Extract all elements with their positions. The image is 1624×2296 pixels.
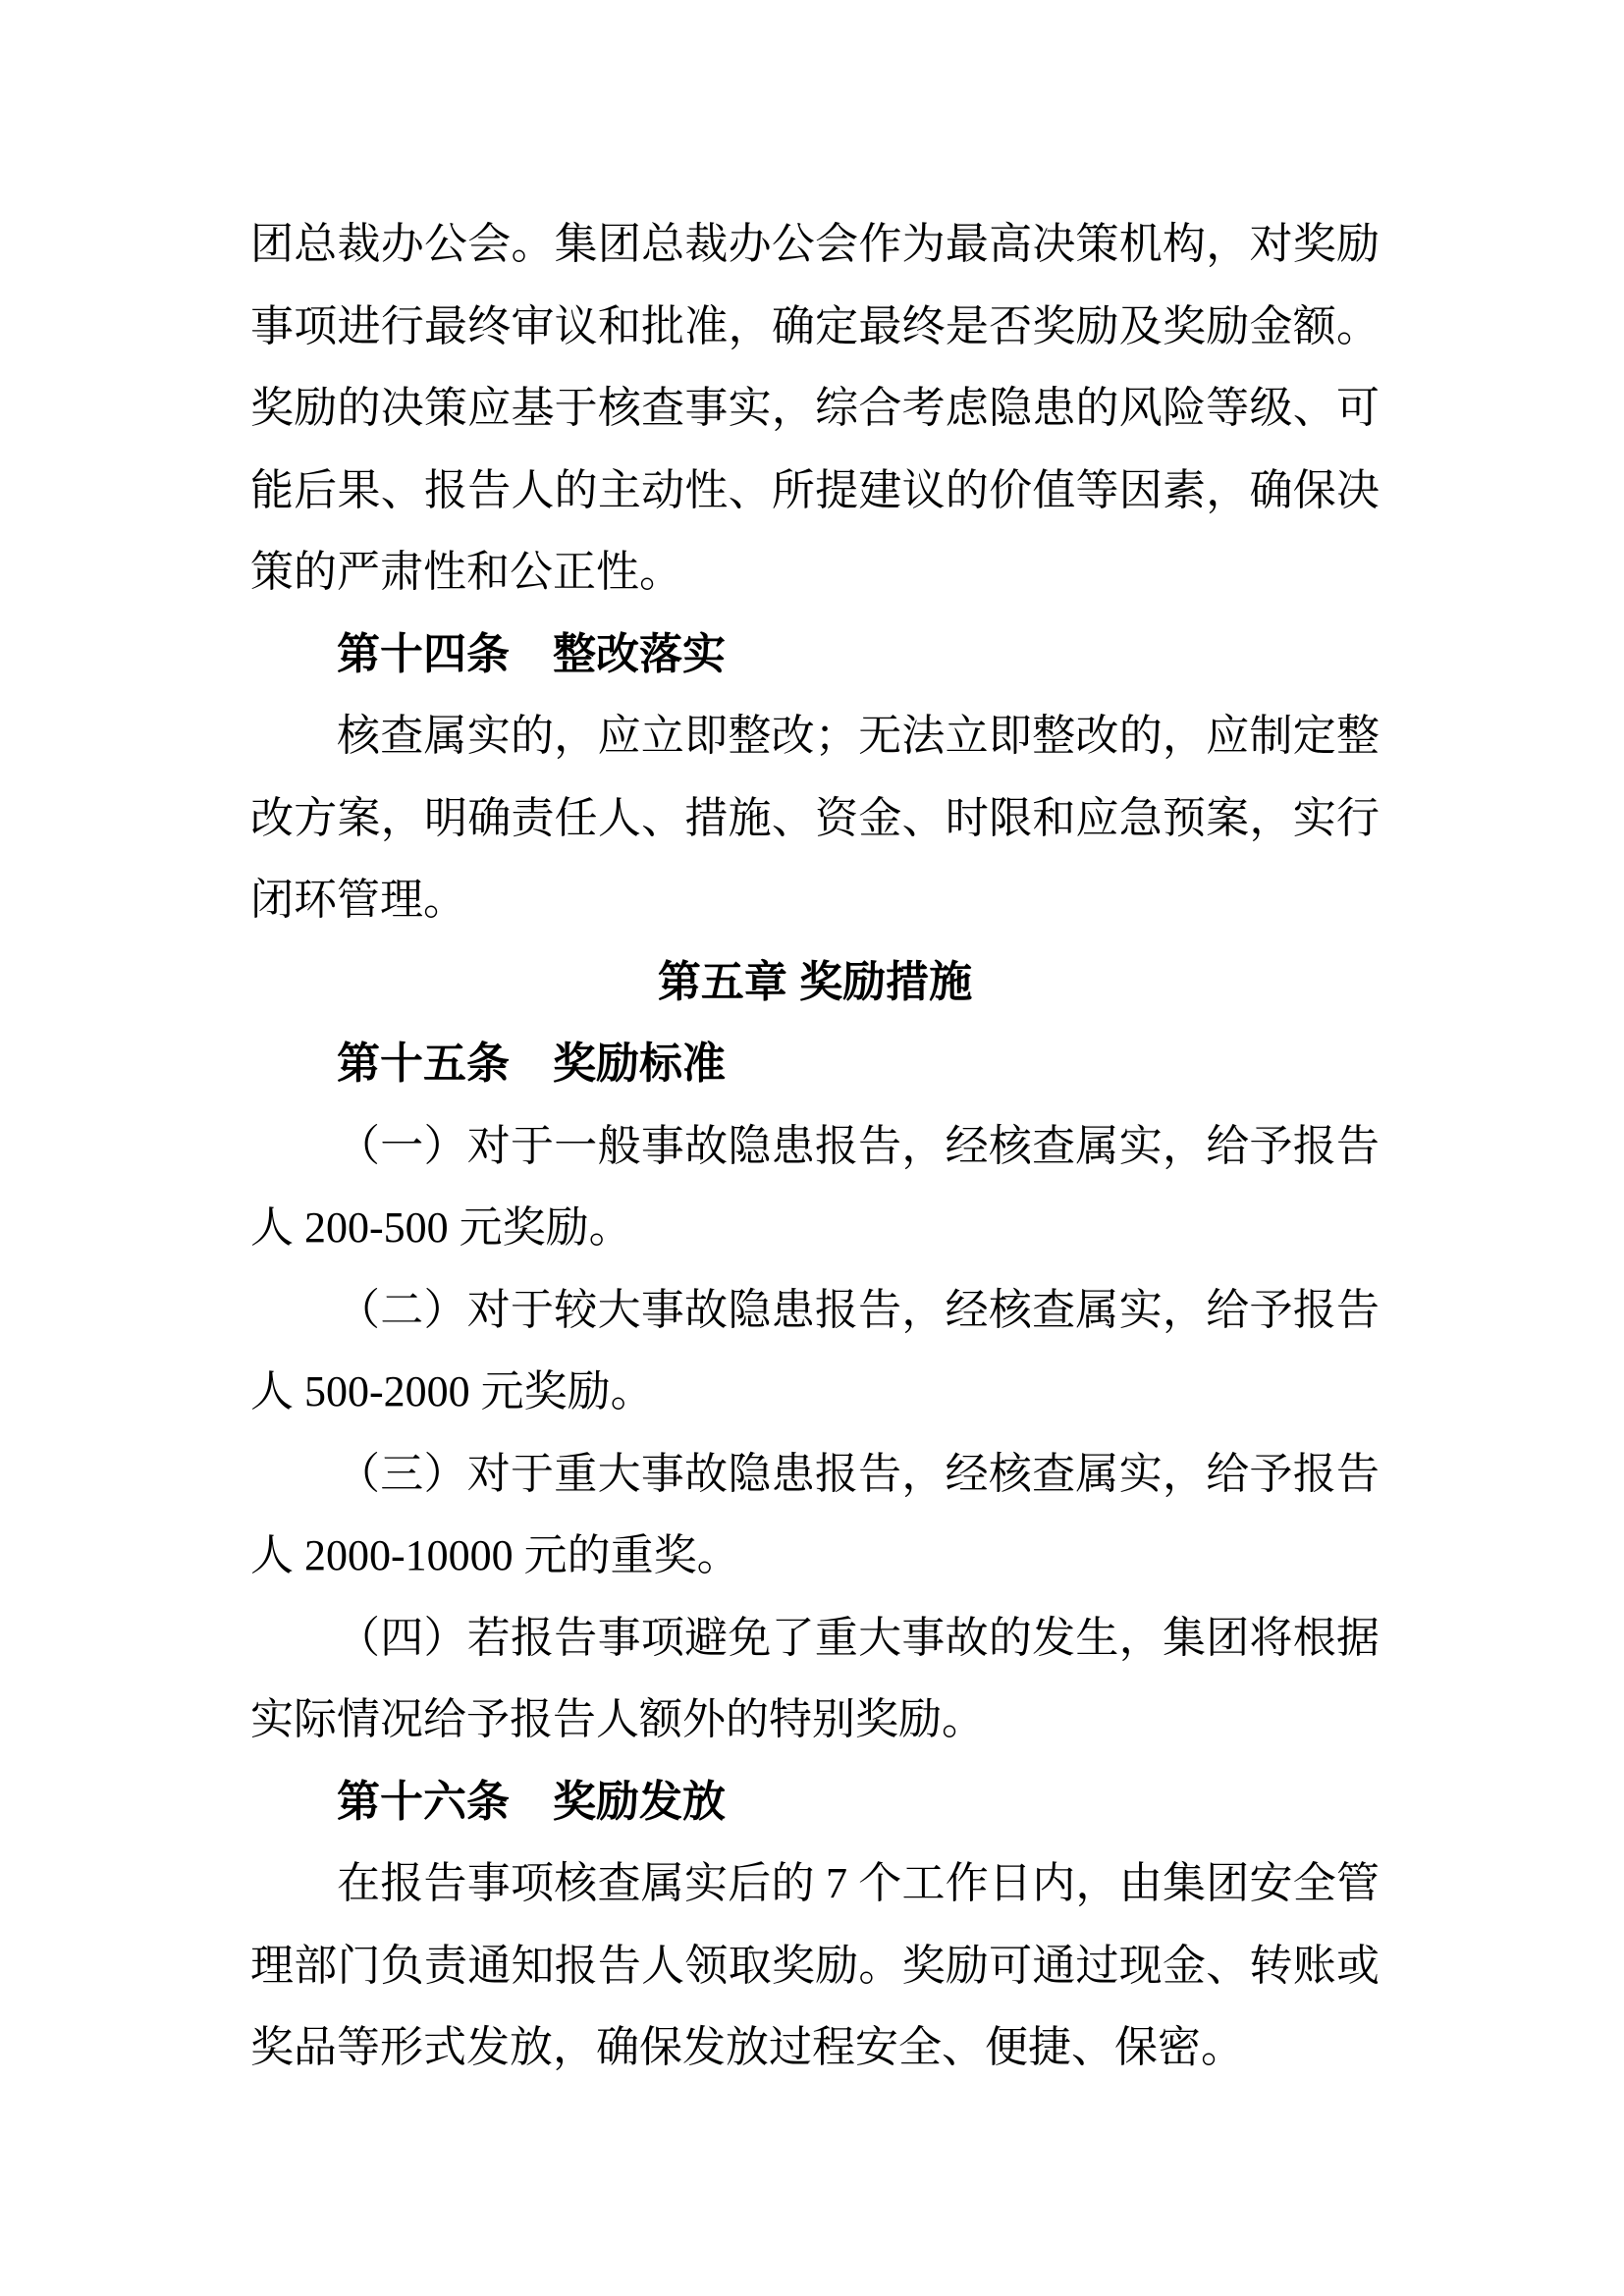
body-line: （四）若报告事项避免了重大事故的发生，集团将根据 [250,1597,1380,1680]
body-line: 事项进行最终审议和批准，确定最终是否奖励及奖励金额。 [250,286,1380,368]
article-heading: 第十四条 整改落实 [250,614,1380,696]
body-line: 团总裁办公会。集团总裁办公会作为最高决策机构，对奖励 [250,203,1380,286]
chapter-heading: 第五章 奖励措施 [250,941,1380,1024]
body-line: 理部门负责通知报告人领取奖励。奖励可通过现金、转账或 [250,1925,1380,2007]
article-heading: 第十五条 奖励标准 [250,1023,1380,1105]
document-content: 团总裁办公会。集团总裁办公会作为最高决策机构，对奖励 事项进行最终审议和批准，确… [250,203,1380,2089]
article-heading: 第十六条 奖励发放 [250,1761,1380,1843]
body-line: （三）对于重大事故隐患报告，经核查属实，给予报告 [250,1433,1380,1516]
body-line: 人 200-500 元奖励。 [250,1187,1380,1269]
body-line: 奖品等形式发放，确保发放过程安全、便捷、保密。 [250,2006,1380,2089]
body-line: 策的严肃性和公正性。 [250,531,1380,614]
body-line: 实际情况给予报告人额外的特别奖励。 [250,1679,1380,1761]
body-line: 奖励的决策应基于核查事实，综合考虑隐患的风险等级、可 [250,367,1380,450]
document-page: 团总裁办公会。集团总裁办公会作为最高决策机构，对奖励 事项进行最终审议和批准，确… [0,0,1624,2296]
body-line: 能后果、报告人的主动性、所提建议的价值等因素，确保决 [250,450,1380,532]
body-line: （二）对于较大事故隐患报告，经核查属实，给予报告 [250,1269,1380,1352]
body-line: 改方案，明确责任人、措施、资金、时限和应急预案，实行 [250,777,1380,860]
body-line: （一）对于一般事故隐患报告，经核查属实，给予报告 [250,1105,1380,1188]
body-line: 人 2000-10000 元的重奖。 [250,1515,1380,1597]
body-line: 人 500-2000 元奖励。 [250,1351,1380,1433]
body-line: 核查属实的，应立即整改；无法立即整改的，应制定整 [250,695,1380,777]
body-line: 在报告事项核查属实后的 7 个工作日内，由集团安全管 [250,1842,1380,1925]
body-line: 闭环管理。 [250,859,1380,941]
